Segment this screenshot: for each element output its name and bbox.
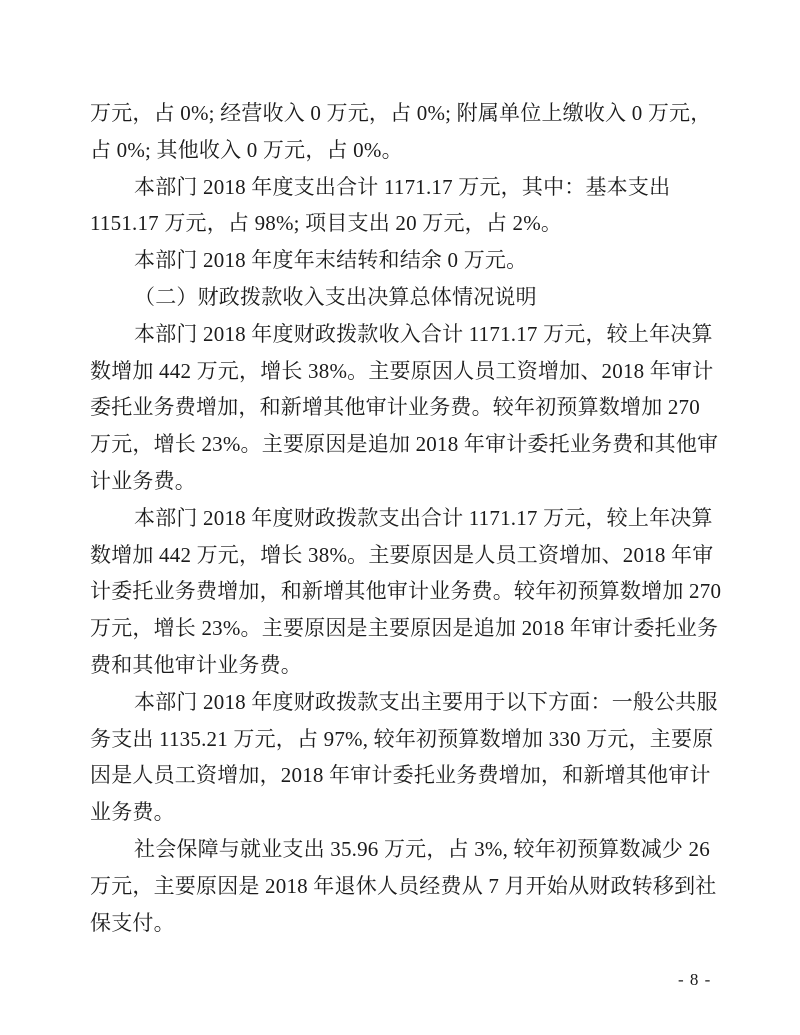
text-line: 务支出 1135.21 万元，占 97%, 较年初预算数增加 330 万元，主要… [90,721,714,758]
text-line: 1151.17 万元，占 98%; 项目支出 20 万元，占 2%。 [90,205,714,242]
text-line: 万元，增长 23%。主要原因是主要原因是追加 2018 年审计委托业务 [90,610,714,647]
text-line: 本部门 2018 年度财政拨款支出合计 1171.17 万元，较上年决算 [90,500,714,537]
text-line: 占 0%; 其他收入 0 万元，占 0%。 [90,132,714,169]
text-line: 本部门 2018 年度财政拨款支出主要用于以下方面：一般公共服 [90,684,714,721]
text-line: 委托业务费增加，和新增其他审计业务费。较年初预算数增加 270 [90,389,714,426]
text-line: 因是人员工资增加，2018 年审计委托业务费增加，和新增其他审计 [90,757,714,794]
text-line: 业务费。 [90,794,714,831]
page-number: - 8 - [678,970,711,990]
text-line: （二）财政拨款收入支出决算总体情况说明 [90,279,714,316]
text-line: 保支付。 [90,905,714,942]
document-body: 万元，占 0%; 经营收入 0 万元，占 0%; 附属单位上缴收入 0 万元，占… [90,95,714,941]
text-line: 社会保障与就业支出 35.96 万元，占 3%, 较年初预算数减少 26 [90,831,714,868]
text-line: 费和其他审计业务费。 [90,647,714,684]
text-line: 本部门 2018 年度财政拨款收入合计 1171.17 万元，较上年决算 [90,316,714,353]
text-line: 万元，占 0%; 经营收入 0 万元，占 0%; 附属单位上缴收入 0 万元， [90,95,714,132]
text-line: 数增加 442 万元，增长 38%。主要原因人员工资增加、2018 年审计 [90,353,714,390]
text-line: 万元，主要原因是 2018 年退休人员经费从 7 月开始从财政转移到社 [90,868,714,905]
text-line: 本部门 2018 年度支出合计 1171.17 万元，其中：基本支出 [90,169,714,206]
text-line: 万元，增长 23%。主要原因是追加 2018 年审计委托业务费和其他审 [90,426,714,463]
text-line: 计委托业务费增加，和新增其他审计业务费。较年初预算数增加 270 [90,573,714,610]
text-line: 数增加 442 万元，增长 38%。主要原因是人员工资增加、2018 年审 [90,537,714,574]
text-line: 本部门 2018 年度年末结转和结余 0 万元。 [90,242,714,279]
document-page: 万元，占 0%; 经营收入 0 万元，占 0%; 附属单位上缴收入 0 万元，占… [0,0,800,1035]
text-line: 计业务费。 [90,463,714,500]
